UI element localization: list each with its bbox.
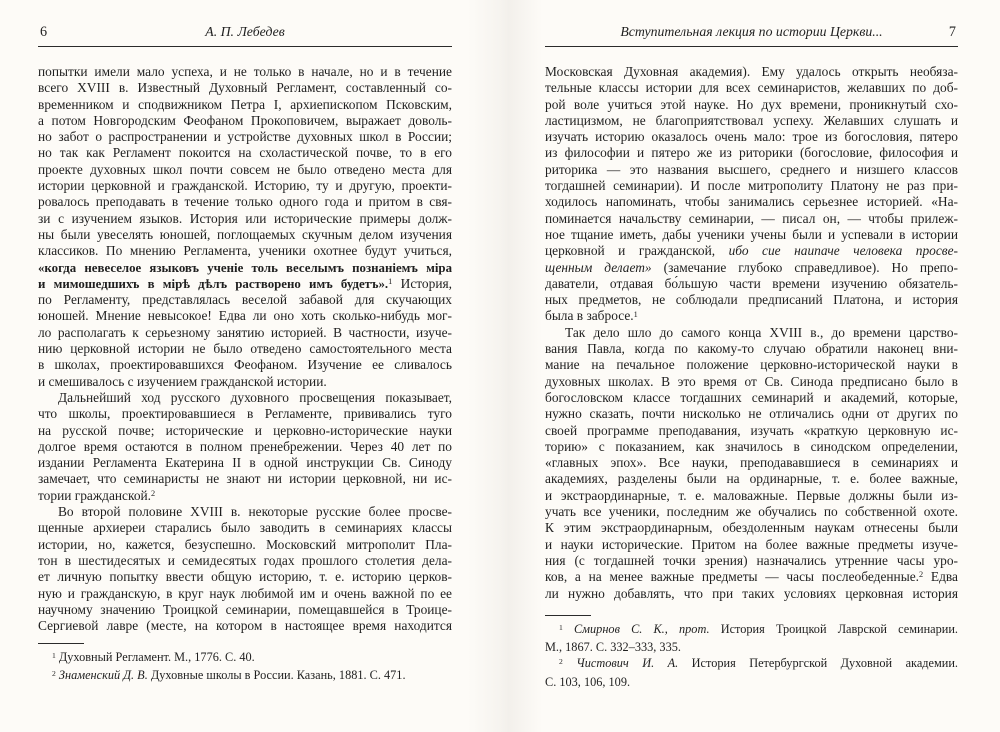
text-segment: проекте духовных школ почти совсем не бы… [38,162,452,177]
text-line: даватели, отдавая бо́льшую части времени… [545,276,958,292]
text-line: духовных школах. В это время от Св. Сино… [545,374,958,390]
text-line: тории гражданской.2 [38,488,452,504]
paragraph: Так дело шло до самого конца XVIII в., д… [545,325,958,602]
page-number-right: 7 [949,21,956,43]
text-segment: церковной и гражданской, [545,243,729,258]
text-segment: и мимошедшихъ в мірѣ дѣлъ растворено имъ… [38,277,388,291]
footnote-line: М., 1867. С. 332–333, 335. [545,639,958,655]
text-segment [563,622,574,636]
text-segment: ластицизмом, не благоприятствовал успеху… [545,113,958,128]
text-segment [563,656,576,670]
text-line: Во второй половине XVIII в. некоторые ру… [38,504,452,520]
text-line: риторика — это названия высшего, среднег… [545,162,958,178]
text-line: ластицизмом, не благоприятствовал успеху… [545,113,958,129]
text-segment: долгое время остаются в полном пренебреж… [38,439,452,454]
text-segment: рой воле учиться этой науке. Но дух врем… [545,97,958,112]
text-line: ных предметов, не соблюдали предписаний … [545,292,958,308]
footnote: 1 Духовный Регламент. М., 1776. С. 40. [38,649,452,667]
running-title-right: Вступительная лекция по истории Церкви..… [620,24,882,39]
text-segment: в школах, проектировавшихся Феофаном. Из… [38,357,452,372]
footnote: 2 Чистович И. А. История Петербургской Д… [545,655,958,689]
text-segment: но так как Регламент покоится на схоласт… [38,145,452,160]
text-line: тельные классы истории для всех семинари… [545,80,958,96]
text-segment: Так дело шло до самого конца XVIII в., д… [565,325,958,340]
text-line: и науки исторические. Притом на более ва… [545,537,958,553]
text-line: ков, а на менее важные предметы — часы п… [545,569,958,585]
text-segment: вания Павла, когда по какому-то случаю о… [545,341,958,356]
text-line: тон в шестидесятых и семидесятых годах п… [38,553,452,569]
text-segment: Духовный Регламент. М., 1776. С. 40. [56,650,255,664]
text-segment: К этим экстраординарным, обездоленным на… [545,520,958,535]
text-line: вания Павла, когда по какому-то случаю о… [545,341,958,357]
footnote-ref: 1 [388,277,392,286]
text-line: и смешивалось с изучением гражданской ис… [38,374,452,390]
footnote-separator [545,615,591,616]
text-segment: История Троицкой Лаврской семинарии. [710,622,958,636]
footnote-ref: 2 [52,669,56,678]
page-left-body: попытки имели мало успеха, и не только в… [38,64,452,634]
text-line: ны были увеселять юношей, поглощаемых ск… [38,227,452,243]
text-segment: щенным делает» [545,260,652,275]
text-line: учать все ученики, последним же обучалис… [545,504,958,520]
text-line: нию церковной истории не было отведено с… [38,341,452,357]
text-segment: ков, а на менее важные предметы — часы п… [545,569,919,584]
text-segment: тон в шестидесятых и семидесятых годах п… [38,553,452,568]
text-line: ную и гражданскую, в круг наук любимой и… [38,586,452,602]
text-line: научному значению Троицкой семинарии, по… [38,602,452,618]
text-segment: «когда невеселое языковъ ученіе толь вес… [38,261,452,275]
text-segment: мание на печальное положение церковно-ис… [545,357,958,372]
text-line: зи с изучением языков. История или истор… [38,211,452,227]
text-segment: История Петербургской Духовной академии. [678,656,958,670]
footnote-line: 1 Духовный Регламент. М., 1776. С. 40. [38,649,452,667]
page-number-left: 6 [40,21,47,43]
paragraph: Московская Духовная академия). Ему удало… [545,64,958,325]
text-line: Так дело шло до самого конца XVIII в., д… [545,325,958,341]
text-segment: была в забросе. [545,308,634,323]
text-segment: тельные классы истории для всех семинари… [545,80,958,95]
text-segment: своей программе преподавания, изучать «к… [545,423,958,438]
text-segment: ло располагать к серьезному занятию исто… [38,325,452,340]
paragraph: Дальнейший ход русского духовного просве… [38,390,452,504]
page-gutter-shadow [468,0,542,732]
text-segment: поминается начальству семинарии, — писал… [545,211,958,226]
text-segment: тогдашней семинарии). И после митрополит… [545,178,958,193]
page-right-footnotes: 1 Смирнов С. К., прот. История Троицкой … [545,615,958,690]
text-segment: из философии и пятеро же из риторики (бо… [545,145,958,160]
text-segment: всего XVIII в. Известный Духовный Реглам… [38,80,452,95]
footnote: 2 Знаменский Д. В. Духовные школы в Росс… [38,667,452,685]
text-line: академиях, разделены были на ординарные,… [545,471,958,487]
text-segment: Духовные школы в России. Казань, 1881. С… [148,668,406,682]
text-line: своей программе преподавания, изучать «к… [545,423,958,439]
text-segment: ли нужно добавлять, что при таких услови… [545,586,958,601]
text-segment: и науки исторические. Притом на более ва… [545,537,958,552]
text-line: ния (с тогдашней точки зрения) назначали… [545,553,958,569]
footnote-ref: 2 [151,489,155,498]
text-segment: издании Регламента Екатерина II в одной … [38,455,452,470]
footnote-ref: 1 [559,623,563,632]
paragraph: Во второй половине XVIII в. некоторые ру… [38,504,452,634]
text-line: в школах, проектировавшихся Феофаном. Из… [38,357,452,373]
text-segment: Едва [923,569,958,584]
text-line: на русской почве; исторические и церковн… [38,423,452,439]
text-segment: изучать историю оказалось очень мало: тр… [545,129,958,144]
text-line: ходилось напоминать, чтобы занимались се… [545,194,958,210]
page-left: 6 А. П. Лебедев попытки имели мало успех… [38,0,452,732]
text-line: К этим экстраординарным, обездоленным на… [545,520,958,536]
text-line: истории церковной и гражданской. Историю… [38,178,452,194]
text-line: что школы, проектировавшиеся в Регламент… [38,406,452,422]
text-segment: щенные архиереи старались было заводить … [38,520,452,535]
text-segment: что школы, проектировавшиеся в Регламент… [38,406,452,421]
text-segment: временником и сподвижником Петра I, архи… [38,97,452,112]
running-title-left: А. П. Лебедев [205,24,284,39]
text-line: «когда невеселое языковъ ученіе толь вес… [38,260,452,276]
text-segment: ибо сие наипаче человека просве- [729,243,958,258]
text-segment: даватели, отдавая бо́льшую части времени… [545,276,958,291]
text-segment: юношей. Мнение невысокое! Едва ли оно хо… [38,308,452,323]
text-line: но забот о распространении и устройстве … [38,129,452,145]
text-line: истории, но, кажется, безуспешно. Москов… [38,537,452,553]
text-line: и экстраординарные, т. е. маловажные. Пе… [545,488,958,504]
text-line: щенным делает» (замечание глубоко справе… [545,260,958,276]
text-segment: Московская Духовная академия). Ему удало… [545,64,958,79]
text-segment: ходилось напоминать, чтобы занимались се… [545,194,958,209]
footnote-ref: 1 [52,651,56,660]
text-line: но так как Регламент покоится на схоласт… [38,145,452,161]
page-left-header: 6 А. П. Лебедев [38,21,452,47]
text-line: поминается начальству семинарии, — писал… [545,211,958,227]
text-line: богословском классе тогдашних семинарий … [545,390,958,406]
text-line: попытки имели мало успеха, и не только в… [38,64,452,80]
text-segment: научному значению Троицкой семинарии, по… [38,602,452,617]
text-segment: ных предметов, не соблюдали предписаний … [545,292,958,307]
text-line: всего XVIII в. Известный Духовный Реглам… [38,80,452,96]
text-line: ет личную попытку ввести общую историю, … [38,569,452,585]
text-line: по Регламенту, представлялась веселой за… [38,292,452,308]
text-segment: духовных школах. В это время от Св. Сино… [545,374,958,389]
text-line: торию» с показанием, как значилось в син… [545,439,958,455]
text-line: «главных эпох». Все науки, преподававшие… [545,455,958,471]
book-spread: 6 А. П. Лебедев попытки имели мало успех… [0,0,1000,732]
footnote-line: 1 Смирнов С. К., прот. История Троицкой … [545,621,958,639]
text-line: а потом Новгородским Феофаном Прокопович… [38,113,452,129]
footnote-ref: 2 [559,657,563,666]
text-segment: а потом Новгородским Феофаном Прокопович… [38,113,452,128]
footnote-line: 2 Чистович И. А. История Петербургской Д… [545,655,958,673]
page-left-footnotes: 1 Духовный Регламент. М., 1776. С. 40.2 … [38,643,452,685]
page-right-header: Вступительная лекция по истории Церкви..… [545,21,958,47]
footnote-separator [38,643,84,644]
text-segment: тории гражданской. [38,488,151,503]
text-line: и мимошедшихъ в мірѣ дѣлъ растворено имъ… [38,276,452,292]
footnote-line: 2 Знаменский Д. В. Духовные школы в Росс… [38,667,452,685]
text-segment: (замечание глубоко справедливое). Но пре… [652,260,958,275]
text-segment: попытки имели мало успеха, и не только в… [38,64,452,79]
footnote-ref: 1 [634,310,638,319]
text-segment: Знаменский Д. В. [59,668,148,682]
text-segment: нужно сказать, почти нисколько не отлича… [545,406,958,421]
text-line: церковной и гражданской, ибо сие наипаче… [545,243,958,259]
text-segment: ную и гражданскую, в круг наук любимой и… [38,586,452,601]
footnote: 1 Смирнов С. К., прот. История Троицкой … [545,621,958,655]
text-line: классиков. По мнению Регламента, ученики… [38,243,452,259]
text-line: ровалось преподавать в течение только од… [38,194,452,210]
paragraph: попытки имели мало успеха, и не только в… [38,64,452,390]
text-line: ное тщание иметь, дабы ученики учены был… [545,227,958,243]
text-line: долгое время остаются в полном пренебреж… [38,439,452,455]
footnote-line: С. 103, 106, 109. [545,674,958,690]
text-segment: и экстраординарные, т. е. маловажные. Пе… [545,488,958,503]
text-segment: зи с изучением языков. История или истор… [38,211,452,226]
text-segment: ния (с тогдашней точки зрения) назначали… [545,553,958,568]
text-segment: «главных эпох». Все науки, преподававшие… [545,455,958,470]
text-segment: М., 1867. С. 332–333, 335. [545,640,681,654]
text-segment: но забот о распространении и устройстве … [38,129,452,144]
text-segment: Смирнов С. К., прот. [574,622,710,636]
text-segment: замечает, что семинаристы не знают ни ис… [38,471,452,486]
text-segment: и смешивалось с изучением гражданской ис… [38,374,327,389]
text-line: замечает, что семинаристы не знают ни ис… [38,471,452,487]
text-line: изучать историю оказалось очень мало: тр… [545,129,958,145]
text-segment: ровалось преподавать в течение только од… [38,194,452,209]
text-segment: История, [392,276,452,291]
text-segment: истории церковной и гражданской. Историю… [38,178,452,193]
text-line: ло располагать к серьезному занятию исто… [38,325,452,341]
text-segment: ны были увеселять юношей, поглощаемых ск… [38,227,452,242]
text-segment: богословском классе тогдашних семинарий … [545,390,958,405]
text-line: мание на печальное положение церковно-ис… [545,357,958,373]
text-segment: Сергиевой лавре (месте, на котором в нас… [38,618,452,633]
text-line: тогдашней семинарии). И после митрополит… [545,178,958,194]
text-line: временником и сподвижником Петра I, архи… [38,97,452,113]
text-segment: классиков. По мнению Регламента, ученики… [38,243,452,258]
text-segment: Чистович И. А. [576,656,678,670]
text-line: щенные архиереи старались было заводить … [38,520,452,536]
text-segment: риторика — это названия высшего, среднег… [545,162,958,177]
text-line: Сергиевой лавре (месте, на котором в нас… [38,618,452,634]
text-line: нужно сказать, почти нисколько не отлича… [545,406,958,422]
page-right: Вступительная лекция по истории Церкви..… [545,0,958,732]
text-line: юношей. Мнение невысокое! Едва ли оно хо… [38,308,452,324]
text-segment: С. 103, 106, 109. [545,675,630,689]
text-segment: истории, но, кажется, безуспешно. Москов… [38,537,452,552]
text-segment: нию церковной истории не было отведено с… [38,341,452,356]
text-segment: Во второй половине XVIII в. некоторые ру… [58,504,452,519]
page-right-body: Московская Духовная академия). Ему удало… [545,64,958,602]
text-line: рой воле учиться этой науке. Но дух врем… [545,97,958,113]
text-segment: Дальнейший ход русского духовного просве… [58,390,452,405]
text-line: была в забросе.1 [545,308,958,324]
text-segment: по Регламенту, представлялась веселой за… [38,292,452,307]
text-segment: ное тщание иметь, дабы ученики учены был… [545,227,958,242]
text-line: проекте духовных школ почти совсем не бы… [38,162,452,178]
text-line: ли нужно добавлять, что при таких услови… [545,586,958,602]
text-segment: на русской почве; исторические и церковн… [38,423,452,438]
text-segment: торию» с показанием, как значилось в син… [545,439,958,454]
text-segment: учать все ученики, последним же обучалис… [545,504,958,519]
footnote-ref: 2 [919,570,923,579]
text-segment: ет личную попытку ввести общую историю, … [38,569,452,584]
text-line: Московская Духовная академия). Ему удало… [545,64,958,80]
text-line: Дальнейший ход русского духовного просве… [38,390,452,406]
text-line: из философии и пятеро же из риторики (бо… [545,145,958,161]
text-line: издании Регламента Екатерина II в одной … [38,455,452,471]
text-segment: академиях, разделены были на ординарные,… [545,471,958,486]
